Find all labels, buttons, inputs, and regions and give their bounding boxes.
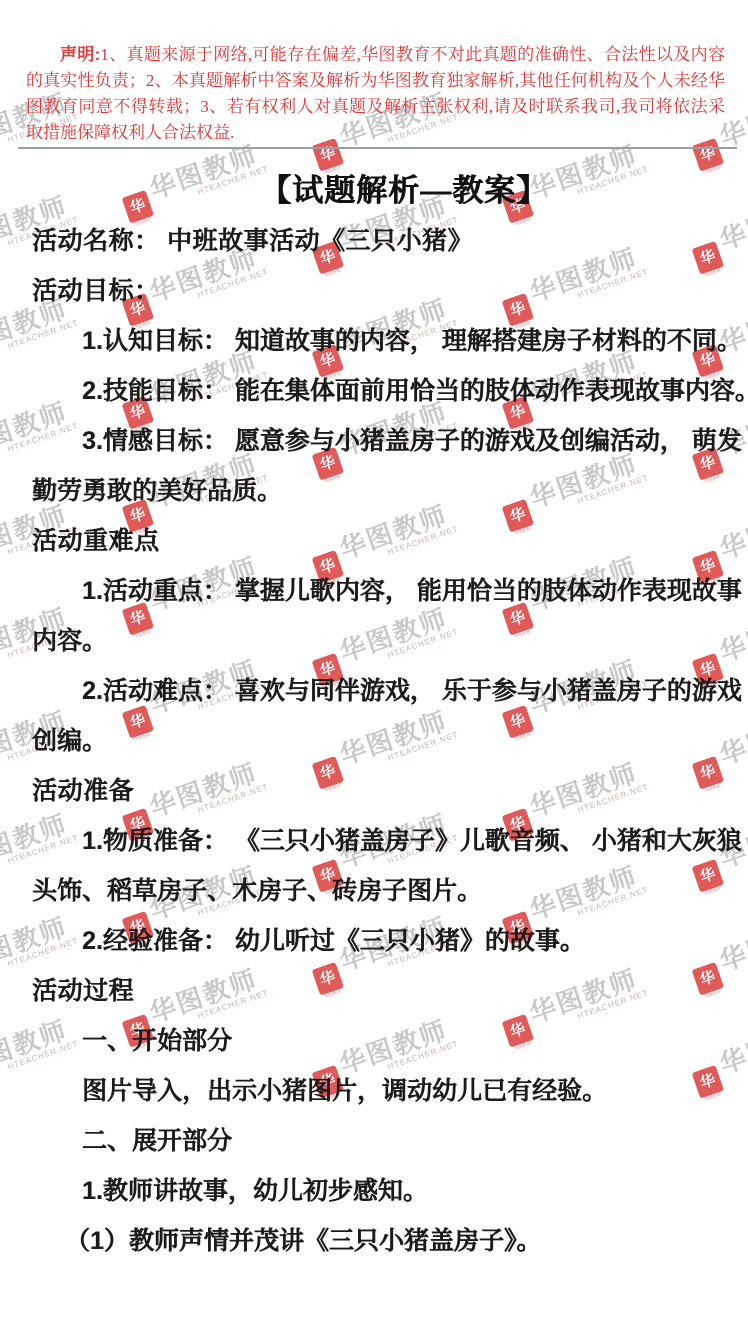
body-line-cont: 勤劳勇敢的美好品质。 <box>32 466 740 516</box>
divider-line <box>18 147 737 149</box>
document-content: 声明:1、真题来源于网络,可能存在偏差,华图教育不对此真题的准确性、合法性以及内… <box>0 0 748 1335</box>
body-line-item: 3.情感目标： 愿意参与小猪盖房子的游戏及创编活动， 萌发 <box>32 416 740 466</box>
body-line-item: 1.活动重点： 掌握儿歌内容， 能用恰当的肢体动作表现故事 <box>32 566 740 616</box>
body-line-heading: 活动准备 <box>32 766 740 816</box>
disclaimer-line: 的真实性负责；2、本真题解析中答案及解析为华图教育独家解析,其他任何机构及个人未… <box>26 68 725 94</box>
body-line-heading: 活动过程 <box>32 966 740 1016</box>
body-line-item: 二、展开部分 <box>32 1116 740 1166</box>
disclaimer-line: 图教育同意不得转载；3、若有权利人对真题及解析主张权利,请及时联系我司,我司将依… <box>26 94 725 120</box>
body-text: 活动名称： 中班故事活动《三只小猪》活动目标：1.认知目标： 知道故事的内容， … <box>32 216 740 1266</box>
body-line-heading: 活动目标： <box>32 266 740 316</box>
body-line-item: 一、开始部分 <box>32 1016 740 1066</box>
body-line-item: 1.物质准备： 《三只小猪盖房子》儿歌音频、 小猪和大灰狼 <box>32 816 740 866</box>
body-line-heading: 活动名称： 中班故事活动《三只小猪》 <box>32 216 740 266</box>
body-line-paren: （1）教师声情并茂讲《三只小猪盖房子》。 <box>32 1216 740 1266</box>
body-line-item: 图片导入，出示小猪图片，调动幼儿已有经验。 <box>32 1066 740 1116</box>
disclaimer: 声明:1、真题来源于网络,可能存在偏差,华图教育不对此真题的准确性、合法性以及内… <box>26 42 725 146</box>
disclaimer-line: 取措施保障权利人合法权益. <box>26 120 725 146</box>
body-line-cont: 内容。 <box>32 616 740 666</box>
body-line-item: 1.认知目标： 知道故事的内容， 理解搭建房子材料的不同。 <box>32 316 740 366</box>
body-line-item: 1.教师讲故事，幼儿初步感知。 <box>32 1166 740 1216</box>
body-line-item: 2.经验准备： 幼儿听过《三只小猪》的故事。 <box>32 916 740 966</box>
page-title: 【试题解析—教案】 <box>30 165 748 210</box>
document-page: 华华图教师华图教师HTEACHER.NET华华图教师华图教师HTEACHER.N… <box>0 0 748 1335</box>
disclaimer-text: 1、真题来源于网络,可能存在偏差,华图教育不对此真题的准确性、合法性以及内容 <box>100 45 725 64</box>
body-line-heading: 活动重难点 <box>32 516 740 566</box>
body-line-item: 2.技能目标： 能在集体面前用恰当的肢体动作表现故事内容。 <box>32 366 740 416</box>
disclaimer-line: 声明:1、真题来源于网络,可能存在偏差,华图教育不对此真题的准确性、合法性以及内… <box>26 42 725 68</box>
body-line-cont: 创编。 <box>32 716 740 766</box>
body-line-cont: 头饰、稻草房子、木房子、砖房子图片。 <box>32 866 740 916</box>
body-line-item: 2.活动难点： 喜欢与同伴游戏， 乐于参与小猪盖房子的游戏 <box>32 666 740 716</box>
disclaimer-prefix: 声明: <box>60 45 100 64</box>
